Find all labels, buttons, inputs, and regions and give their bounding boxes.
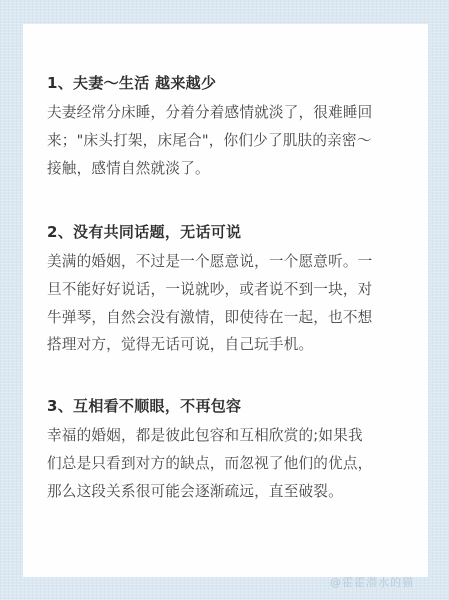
body-line: 夫妻经常分床睡，分着分着感情就淡了，很难睡回 <box>47 99 417 127</box>
section-body: 幸福的婚姻，都是彼此包容和互相欣赏的;如果我 们总是只看到对方的缺点，而忽视了他… <box>47 422 417 505</box>
section-2: 2、没有共同话题，无话可说 美满的婚姻，不过是一个愿意说，一个愿意听。一 旦不能… <box>47 222 417 359</box>
watermark: @霍霍潜水的猫 <box>330 574 414 590</box>
section-1: 1、夫妻～生活 越来越少 夫妻经常分床睡，分着分着感情就淡了，很难睡回 来；"床… <box>47 73 417 182</box>
body-line: 来；"床头打架，床尾合"，你们少了肌肤的亲密～ <box>47 127 417 155</box>
body-line: 美满的婚姻，不过是一个愿意说，一个愿意听。一 <box>47 248 417 276</box>
article-card: 1、夫妻～生活 越来越少 夫妻经常分床睡，分着分着感情就淡了，很难睡回 来；"床… <box>23 24 428 577</box>
body-line: 牛弹琴，自然会没有激情，即使待在一起，也不想 <box>47 304 417 332</box>
section-body: 夫妻经常分床睡，分着分着感情就淡了，很难睡回 来；"床头打架，床尾合"，你们少了… <box>47 99 417 182</box>
section-heading: 2、没有共同话题，无话可说 <box>47 222 417 242</box>
body-line: 那么这段关系很可能会逐渐疏远，直至破裂。 <box>47 478 417 506</box>
section-body: 美满的婚姻，不过是一个愿意说，一个愿意听。一 旦不能好好说话，一说就吵，或者说不… <box>47 248 417 359</box>
section-heading: 3、互相看不顺眼，不再包容 <box>47 396 417 416</box>
body-line: 旦不能好好说话，一说就吵，或者说不到一块，对 <box>47 276 417 304</box>
body-line: 幸福的婚姻，都是彼此包容和互相欣赏的;如果我 <box>47 422 417 450</box>
body-line: 接触，感情自然就淡了。 <box>47 155 417 183</box>
body-line: 搭理对方，觉得无话可说，自己玩手机。 <box>47 331 417 359</box>
body-line: 们总是只看到对方的缺点，而忽视了他们的优点， <box>47 450 417 478</box>
section-heading: 1、夫妻～生活 越来越少 <box>47 73 417 93</box>
section-3: 3、互相看不顺眼，不再包容 幸福的婚姻，都是彼此包容和互相欣赏的;如果我 们总是… <box>47 396 417 505</box>
